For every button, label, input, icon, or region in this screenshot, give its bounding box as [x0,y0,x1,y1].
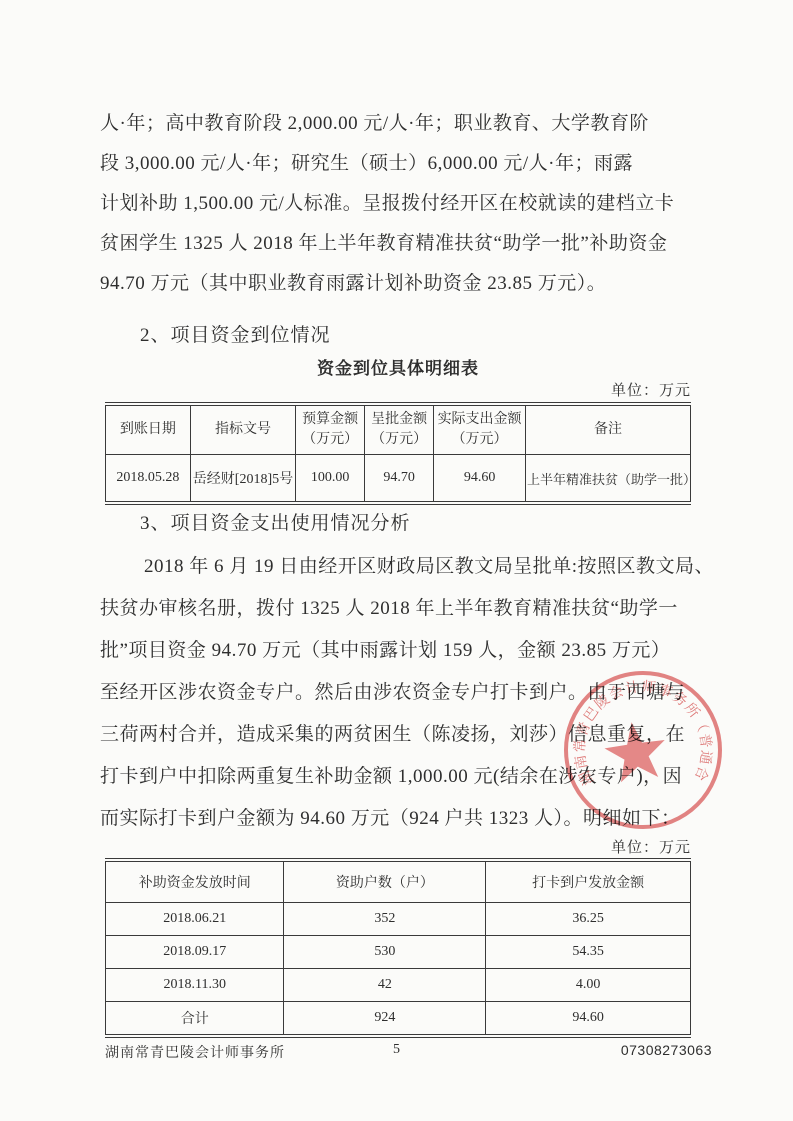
approved-amount-cell: 94.70 [365,455,434,504]
paragraph-line: 批”项目资金 94.70 万元（其中雨露计划 159 人，金额 23.85 万元… [100,630,700,672]
paragraph-line: 打卡到户中扣除两重复生补助金额 1,000.00 元(结余在涉农专户)，因 [100,756,700,798]
actual-expense-cell: 94.60 [434,455,526,504]
column-header: 补助资金发放时间 [106,860,284,903]
paragraph-continued: 人·年；高中教育阶段 2,000.00 元/人·年；职业教育、大学教育阶 段 3… [100,104,700,304]
budget-amount-cell: 100.00 [296,455,365,504]
disburse-date-cell: 2018.11.30 [106,969,284,1002]
column-header: 到账日期 [106,404,191,455]
remark-cell: 上半年精准扶贫（助学一批） [525,455,690,504]
paragraph-line: 三荷两村合并，造成采集的两贫困生（陈凌扬，刘莎）信息重复，在 [100,714,700,756]
funds-arrival-table: 到账日期 指标文号 预算金额（万元） 呈批金额（万元） 实际支出金额（万元） 备… [105,402,691,505]
unit-label-2: 单位：万元 [105,838,691,858]
table-row: 2018.09.17 530 54.35 [106,936,691,969]
paragraph-line: 而实际打卡到户金额为 94.60 万元（924 户共 1323 人）。明细如下： [100,798,700,840]
column-header: 打卡到户发放金额 [486,860,691,903]
paragraph-line: 扶贫办审核名册，拨付 1325 人 2018 年上半年教育精准扶贫“助学一 [100,588,700,630]
paragraph-line: 至经开区涉农资金专户。然后由涉农资金专户打卡到户。由于西塘与 [100,672,700,714]
section-heading-funds-arrival: 2、项目资金到位情况 [100,318,700,354]
total-amount-cell: 94.60 [486,1002,691,1037]
column-header: 呈批金额（万元） [365,404,434,455]
disbursement-table: 补助资金发放时间 资助户数（户） 打卡到户发放金额 2018.06.21 352… [105,858,691,1038]
column-header: 预算金额（万元） [296,404,365,455]
paragraph-line: 94.70 万元（其中职业教育雨露计划补助资金 23.85 万元）。 [100,264,700,304]
table-row: 2018.05.28 岳经财[2018]5号 100.00 94.70 94.6… [106,455,691,504]
column-header: 指标文号 [190,404,295,455]
disburse-amount-cell: 54.35 [486,936,691,969]
table-total-row: 合计 924 94.60 [106,1002,691,1037]
paragraph-line: 贫困学生 1325 人 2018 年上半年教育精准扶贫“助学一批”补助资金 [100,224,700,264]
section-heading-expense-analysis: 3、项目资金支出使用情况分析 [100,506,700,542]
total-label-cell: 合计 [106,1002,284,1037]
paragraph-line: 人·年；高中教育阶段 2,000.00 元/人·年；职业教育、大学教育阶 [100,104,700,144]
unit-label-1: 单位：万元 [105,381,691,401]
table-row: 2018.06.21 352 36.25 [106,903,691,936]
document-number-cell: 岳经财[2018]5号 [190,455,295,504]
disburse-amount-cell: 4.00 [486,969,691,1002]
disburse-date-cell: 2018.06.21 [106,903,284,936]
document-page: 人·年；高中教育阶段 2,000.00 元/人·年；职业教育、大学教育阶 段 3… [0,0,793,1121]
household-count-cell: 530 [284,936,486,969]
column-header: 实际支出金额（万元） [434,404,526,455]
household-count-cell: 42 [284,969,486,1002]
table-header-row: 到账日期 指标文号 预算金额（万元） 呈批金额（万元） 实际支出金额（万元） 备… [106,404,691,455]
household-count-cell: 352 [284,903,486,936]
paragraph-line: 计划补助 1,500.00 元/人标准。呈报拨付经开区在校就读的建档立卡 [100,184,700,224]
table-row: 2018.11.30 42 4.00 [106,969,691,1002]
table1-title: 资金到位具体明细表 [100,356,696,382]
table-header-row: 补助资金发放时间 资助户数（户） 打卡到户发放金额 [106,860,691,903]
arrival-date-cell: 2018.05.28 [106,455,191,504]
disburse-date-cell: 2018.09.17 [106,936,284,969]
footer-phone-number: 07308273063 [621,1042,712,1058]
disburse-amount-cell: 36.25 [486,903,691,936]
total-households-cell: 924 [284,1002,486,1037]
column-header: 备注 [525,404,690,455]
paragraph-analysis: 2018 年 6 月 19 日由经开区财政局区教文局呈批单:按照区教文局、 扶贫… [100,546,700,840]
column-header: 资助户数（户） [284,860,486,903]
paragraph-line: 2018 年 6 月 19 日由经开区财政局区教文局呈批单:按照区教文局、 [100,546,700,588]
paragraph-line: 段 3,000.00 元/人·年；研究生（硕士）6,000.00 元/人·年；雨… [100,144,700,184]
